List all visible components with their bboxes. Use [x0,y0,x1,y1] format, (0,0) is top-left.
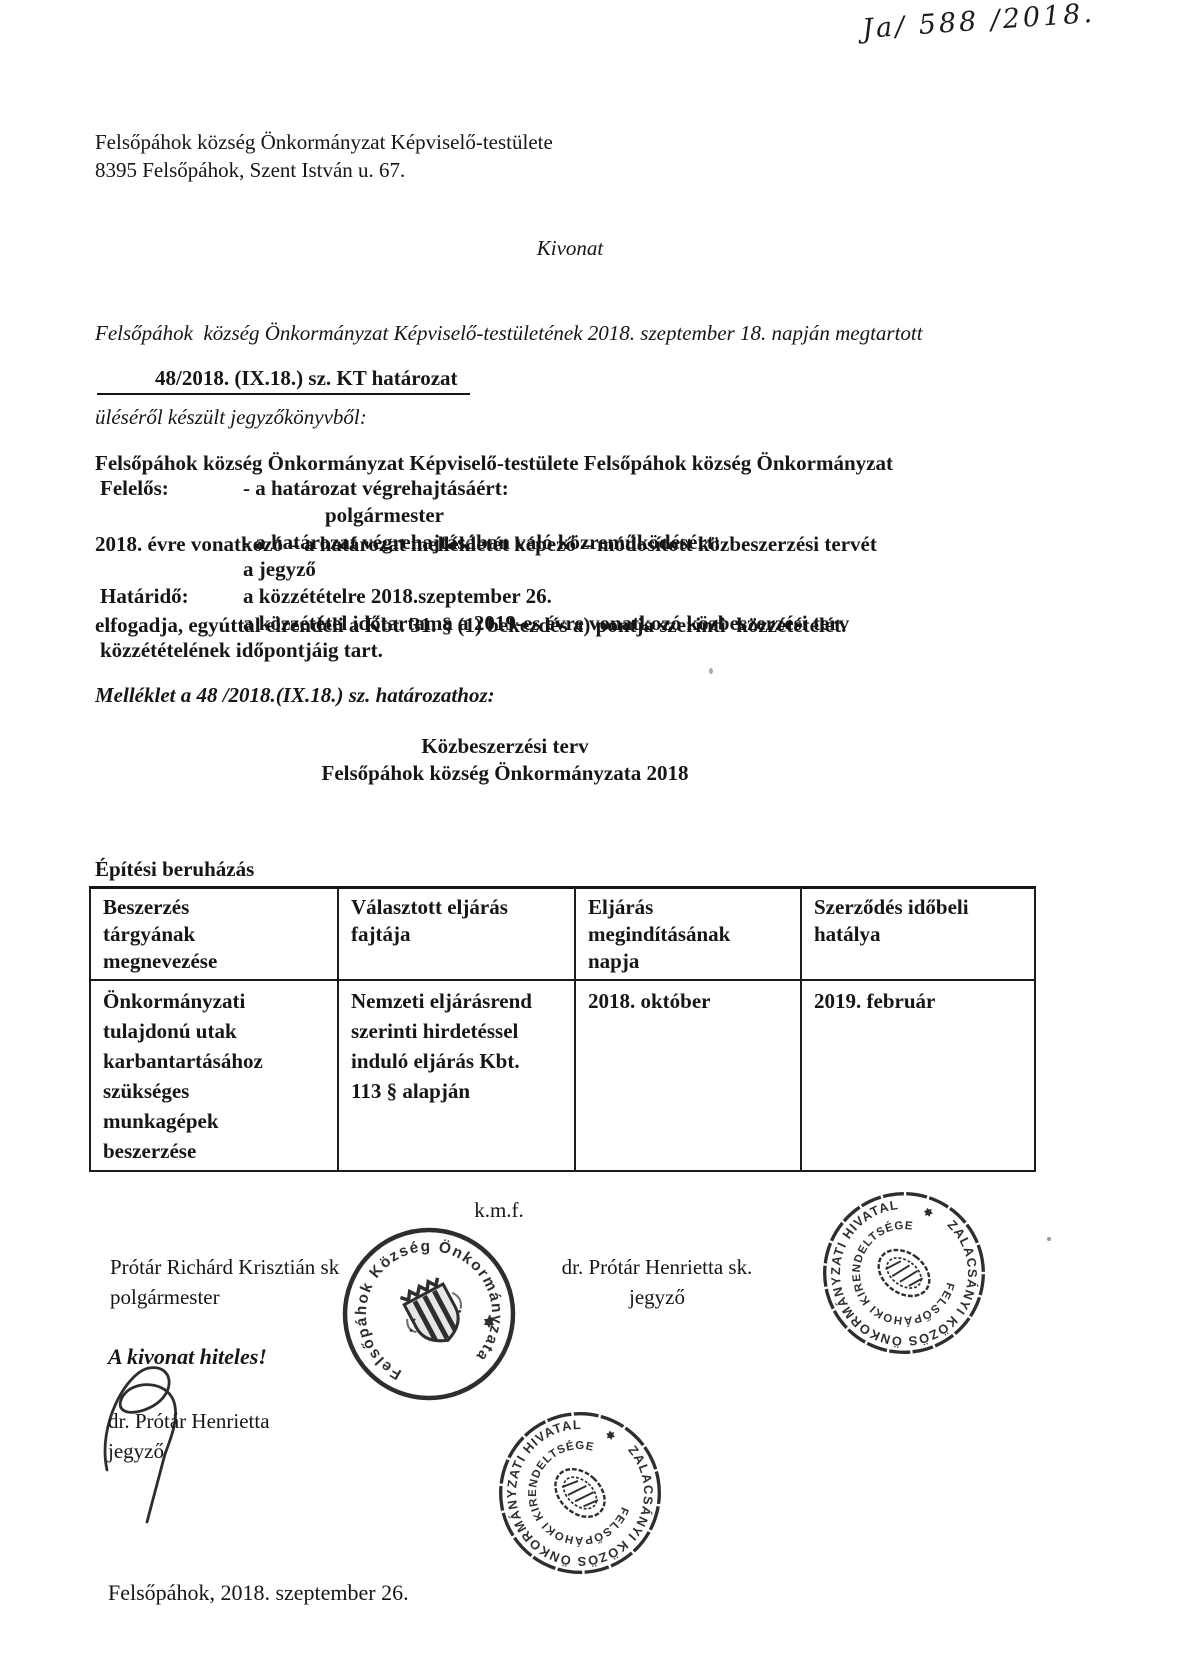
table-header-subject: Beszerzés tárgyának megnevezése [90,888,338,981]
resolution-line: Határidő: a közzétételre 2018.szeptember… [100,583,1100,610]
table-section-label: Építési beruházás [95,857,254,882]
mayor-role: polgármester [110,1282,339,1312]
table-cell-subject: Önkormányzati tulajdonú utak karbantartá… [90,980,338,1171]
extract-title: Kivonat [0,236,1140,261]
scan-speck [1047,1237,1051,1241]
resolution-line: a jegyző [100,556,1100,583]
office-stamp-bottom: ZALACSÁNYI KÖZÖS ÖNKORMÁNYZATI HIVATAL F… [480,1393,679,1592]
resolution-responsibilities: Felelős: - a határozat végrehajtásáért: … [100,475,1100,664]
resolution-line: közzétételének időpontjáig tart. [100,637,1100,664]
table-header-procedure: Választott eljárás fajtája [338,888,575,981]
attest-name: dr. Prótár Henrietta [108,1406,270,1436]
letterhead-org: Felsőpáhok község Önkormányzat Képviselő… [95,128,553,156]
extract-intro-line1: Felsőpáhok község Önkormányzat Képviselő… [95,319,923,347]
resolution-body-line1: Felsőpáhok község Önkormányzat Képviselő… [95,450,893,477]
plan-subtitle: Felsőpáhok község Önkormányzata 2018 [0,760,1010,787]
responsible-text: polgármester [325,502,444,529]
signature-block-notary: dr. Prótár Henrietta sk. jegyző [552,1252,762,1312]
deadline-text: a közzététel időtartama a 2019-es évre v… [243,610,849,637]
attestation-signature-block: dr. Prótár Henrietta jegyző [108,1406,270,1466]
resolution-line: Felelős: - a határozat végrehajtásáért: [100,475,1100,502]
responsible-text: - a határozat végrehajtásában való közre… [243,529,721,556]
office-stamp-outer-text: ZALACSÁNYI KÖZÖS ÖNKORMÁNYZATI HIVATAL [480,1393,679,1592]
responsible-text: - a határozat végrehajtásáért: [243,475,509,502]
coat-of-arms-icon [393,1273,474,1355]
table-header-start-date: Eljárás megindításának napja [575,888,801,981]
deadline-text: a közzétételre 2018.szeptember 26. [243,583,552,610]
resolution-line: - a határozat végrehajtásában való közre… [100,529,1100,556]
table-header-contract-term: Szerződés időbeli hatálya [801,888,1035,981]
municipal-round-stamp: Felsőpáhok Község Önkormányzata [329,1214,529,1414]
scan-speck [709,668,713,674]
plan-title: Közbeszerzési terv [0,733,1010,760]
table-row: Önkormányzati tulajdonú utak karbantartá… [90,980,1035,1171]
table-header-row: Beszerzés tárgyának megnevezése Választo… [90,888,1035,981]
notary-name: dr. Prótár Henrietta sk. [552,1252,762,1282]
table-cell-start-date: 2018. október [575,980,801,1171]
mayor-name: Prótár Richárd Krisztián sk [110,1252,339,1282]
handwritten-filing-number: Ja/ 588 /2018. [861,0,1093,45]
procurement-plan-table: Beszerzés tárgyának megnevezése Választo… [89,886,1036,1172]
deadline-label: Határidő: [100,583,189,610]
responsible-label: Felelős: [100,475,169,502]
stamp-star-icon [923,1207,934,1218]
resolution-line: polgármester [100,502,1100,529]
stamp-star-icon [606,1430,616,1441]
table-cell-contract-term: 2019. február [801,980,1035,1171]
signature-block-mayor: Prótár Richárd Krisztián sk polgármester [110,1252,339,1312]
resolution-number: 48/2018. (IX.18.) sz. KT határozat [97,366,470,395]
table-cell-procedure: Nemzeti eljárásrend szerinti hirdetéssel… [338,980,575,1171]
letterhead-address: 8395 Felsőpáhok, Szent István u. 67. [95,156,553,184]
responsible-text: a jegyző [243,556,316,583]
stamp-center-emblem-icon [870,1240,938,1305]
attest-role: jegyző [108,1436,270,1466]
svg-text:ZALACSÁNYI KÖZÖS ÖNKORMÁNYZATI: ZALACSÁNYI KÖZÖS ÖNKORMÁNYZATI HIVATAL [480,1393,679,1592]
plan-title-block: Közbeszerzési terv Felsőpáhok község Önk… [0,733,1010,787]
place-date-line: Felsőpáhok, 2018. szeptember 26. [108,1580,409,1606]
notary-role: jegyző [552,1282,762,1312]
stamp-center-emblem-icon [546,1460,614,1527]
annex-reference: Melléklet a 48 /2018.(IX.18.) sz. határo… [95,683,495,708]
letterhead: Felsőpáhok község Önkormányzat Képviselő… [95,128,553,184]
deadline-text: közzétételének időpontjáig tart. [100,637,383,664]
document-page: Ja/ 588 /2018. Felsőpáhok község Önkormá… [0,0,1190,1680]
resolution-line: a közzététel időtartama a 2019-es évre v… [100,610,1100,637]
